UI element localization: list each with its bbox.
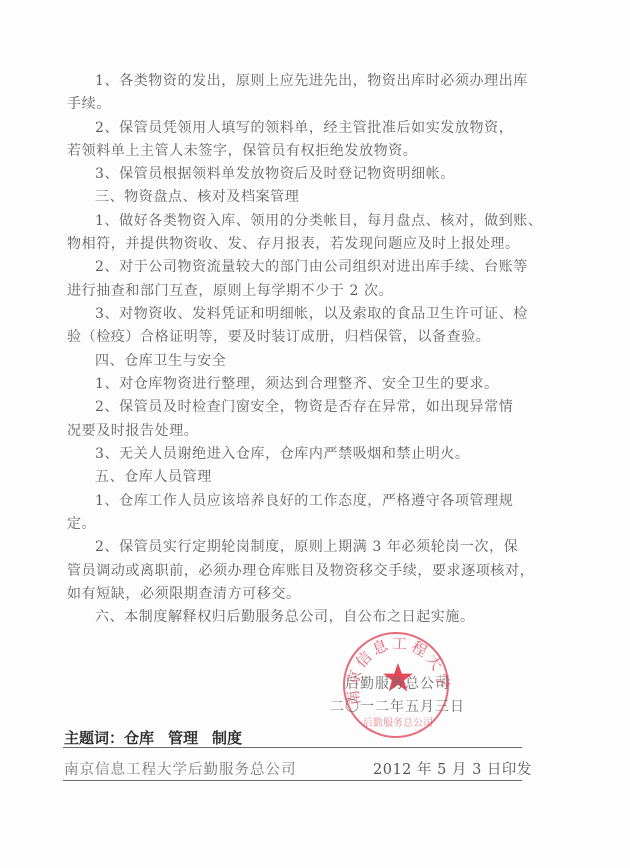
divider-rule bbox=[63, 780, 522, 781]
keyword: 制度 bbox=[212, 729, 242, 747]
keyword: 仓库 bbox=[124, 729, 154, 747]
body-line: 2、保管员及时检查门窗安全，物资是否存在异常，如出现异常情 bbox=[95, 397, 513, 417]
body-line: 2、保管员实行定期轮岗制度，原则上期满 3 年必须轮岗一次，保 bbox=[95, 537, 518, 557]
subject-keywords: 主题词：仓库管理制度 bbox=[64, 729, 242, 747]
body-line: 2、对于公司物资流量较大的部门由公司组织对进出库手续、台账等 bbox=[95, 257, 528, 277]
body-line: 3、对物资收、发料凭证和明细帐，以及索取的食品卫生许可证、检 bbox=[95, 304, 528, 324]
body-line: 况要及时报告处理。 bbox=[67, 421, 198, 441]
body-line: 进行抽查和部门互查，原则上每学期不少于 2 次。 bbox=[67, 281, 393, 301]
body-line: 物相符，并提供物资收、发、存月报表，若发现问题应及时上报处理。 bbox=[67, 234, 520, 254]
footer-issue-date: 2012 年 5 月 3 日印发 bbox=[373, 761, 532, 779]
signature-date: 二〇一二年五月三日 bbox=[330, 698, 465, 716]
body-line: 3、保管员根据领料单发放物资后及时登记物资明细帐。 bbox=[95, 164, 455, 184]
section-heading-5: 五、仓库人员管理 bbox=[95, 467, 212, 487]
body-line: 管员调动或离职前，必须办理仓库账目及物资移交手续，要求逐项核对， bbox=[67, 561, 534, 581]
body-line: 定。 bbox=[67, 514, 96, 534]
body-line: 1、对仓库物资进行整理，须达到合理整齐、安全卫生的要求。 bbox=[95, 374, 499, 394]
section-heading-3: 三、物资盘点、核对及档案管理 bbox=[95, 187, 299, 207]
body-line: 如有短缺，必须限期查清方可移交。 bbox=[67, 584, 301, 604]
document-page: 1、各类物资的发出，原则上应先进先出，物资出库时必须办理出库 手续。 2、保管员… bbox=[0, 0, 630, 868]
section-heading-4: 四、仓库卫生与安全 bbox=[95, 351, 226, 371]
body-line: 手续。 bbox=[67, 94, 111, 114]
body-line: 3、无关人员谢绝进入仓库，仓库内严禁吸烟和禁止明火。 bbox=[95, 444, 470, 464]
seal-inner-text: 后勤服务总公司 bbox=[363, 714, 433, 729]
body-line: 2、保管员凭领用人填写的领料单，经主管批准后如实发放物资， bbox=[95, 118, 513, 138]
keyword: 管理 bbox=[168, 729, 198, 747]
body-line: 1、各类物资的发出，原则上应先进先出，物资出库时必须办理出库 bbox=[95, 71, 528, 91]
body-line: 1、仓库工作人员应该培养良好的工作态度，严格遵守各项管理规 bbox=[95, 491, 513, 511]
divider-rule bbox=[63, 747, 522, 748]
keywords-label: 主题词： bbox=[64, 729, 124, 747]
section-heading-6: 六、本制度解释权归后勤服务总公司，自公布之日起实施。 bbox=[95, 607, 475, 627]
body-line: 若领料单上主管人未签字，保管员有权拒绝发放物资。 bbox=[67, 141, 417, 161]
body-line: 验（检疫）合格证明等，要及时装订成册，归档保管，以备查验。 bbox=[67, 327, 490, 347]
signature-organization: 后勤服务总公司 bbox=[345, 675, 450, 693]
footer-issuer: 南京信息工程大学后勤服务总公司 bbox=[64, 761, 297, 779]
body-line: 1、做好各类物资入库、领用的分类帐目，每月盘点、核对，做到账、 bbox=[95, 211, 543, 231]
